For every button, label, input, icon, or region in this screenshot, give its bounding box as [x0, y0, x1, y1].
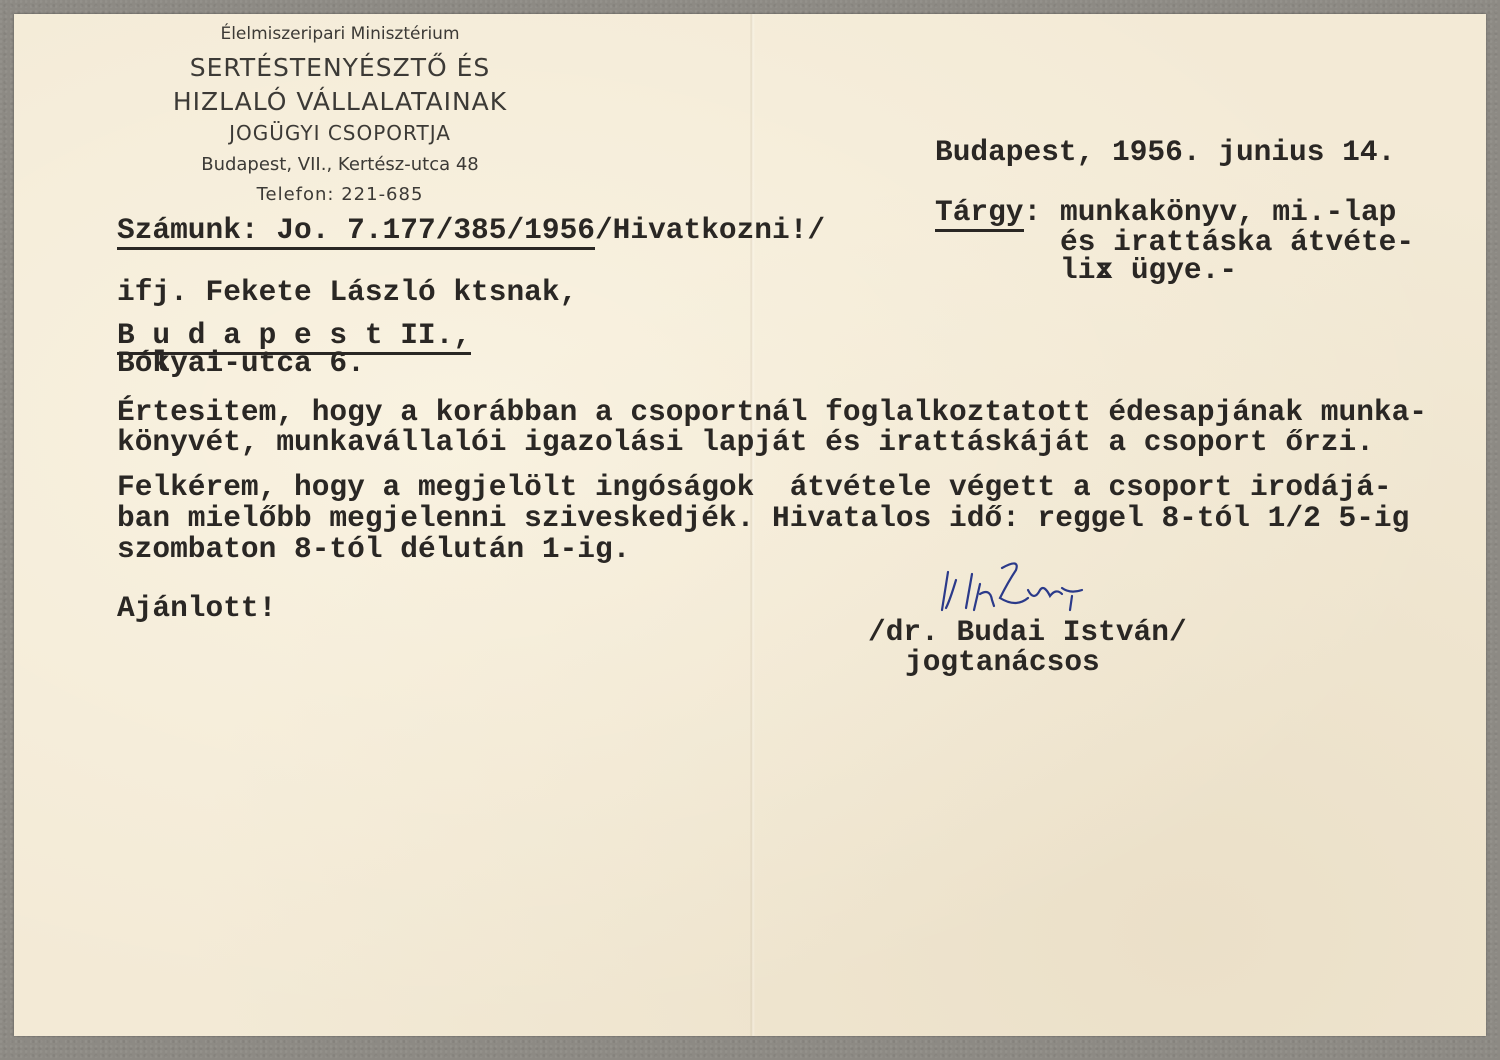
letterhead-org-line2: HIZLALÓ VÁLLALATAINAK [150, 87, 530, 116]
recipient-street: Bóklyai-utca 6. [117, 348, 365, 378]
body-paragraph-1-line-1: Értesitem, hogy a korábban a csoportnál … [117, 397, 1427, 427]
subject-label-line: Tárgy: [935, 197, 1041, 227]
letterhead-ministry: Élelmiszeripari Minisztérium [150, 24, 530, 44]
subject-line-1: munkakönyv, mi.-lap [1060, 197, 1396, 227]
overstrike-char: xz [1095, 255, 1113, 285]
reference-number: Számunk: Jo. 7.177/385/1956 [117, 213, 595, 250]
reference-line: Számunk: Jo. 7.177/385/1956/Hivatkozni!/ [117, 215, 825, 245]
subject-label: Tárgy [935, 195, 1024, 232]
letterhead-org-line1: SERTÉSTENYÉSZTŐ ÉS [150, 53, 530, 82]
body-paragraph-1-line-2: könyvét, munkavállalói igazolási lapját … [117, 427, 1374, 457]
body-paragraph-2-line-3: szombaton 8-tól délután 1-ig. [117, 534, 630, 564]
overstrike-char: kl [152, 348, 170, 378]
signatory-title: jogtanácsos [905, 647, 1100, 677]
recipient-name: ifj. Fekete László ktsnak, [117, 277, 577, 307]
subject-line-3: lixz ügye.- [1060, 255, 1237, 285]
body-paragraph-2-line-1: Felkérem, hogy a megjelölt ingóságok átv… [117, 472, 1392, 502]
reference-suffix: /Hivatkozni!/ [595, 213, 825, 247]
letterhead-phone: Telefon: 221-685 [150, 184, 530, 205]
handwritten-signature-icon [936, 560, 1116, 620]
letterhead-address: Budapest, VII., Kertész-utca 48 [150, 154, 530, 175]
body-paragraph-2-line-2: ban mielőbb megjelenni sziveskedjék. Hiv… [117, 503, 1409, 533]
signatory-name: /dr. Budai István/ [868, 617, 1187, 647]
letterhead-dept: JOGÜGYI CSOPORTJA [150, 121, 530, 145]
registered-mark: Ajánlott! [117, 593, 276, 623]
date: Budapest, 1956. junius 14. [935, 137, 1395, 167]
